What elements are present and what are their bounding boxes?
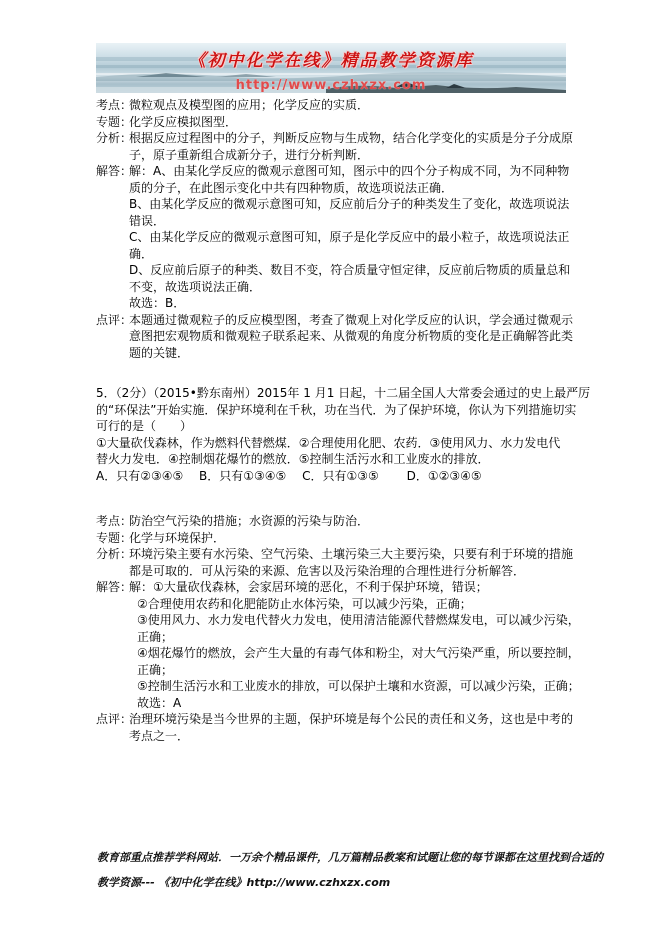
text-line: ④烟花爆竹的燃放，会产生大量的有毒气体和粉尘，对大气污染严重，所以要控制，	[137, 645, 566, 662]
jieda-label: 解答：	[96, 163, 132, 180]
text-line: 正确；	[137, 662, 566, 679]
text-line: D、反应前后原子的种类、数目不变，符合质量守恒定律，反应前后物质的质量总和	[129, 262, 566, 279]
document-page: 《初中化学在线》精品教学资源库 http://www.czhxzx.com 考点…	[0, 0, 661, 935]
question-5-options-line: A．只有②③④⑤ B．只有①③④⑤ C．只有①③⑤ D．①②③④⑤	[96, 468, 566, 485]
q5-explanation: 考点： 防治空气污染的措施；水资源的污染与防治． 专题： 化学与环境保护． 分析…	[96, 513, 566, 744]
text-line: ⑤控制生活污水和工业废水的排放，可以保护土壤和水资源，可以减少污染，正确；	[137, 678, 566, 695]
question-5-item-line: 替火力发电．④控制烟花爆竹的燃放．⑤控制生活污水和工业废水的排放．	[96, 451, 566, 468]
text-line: 微粒观点及模型图的应用；化学反应的实质．	[129, 97, 566, 114]
q4-dianping-section: 点评： 本题通过微观粒子的反应模型图，考查了微观上对化学反应的认识，学会通过微观…	[96, 312, 566, 362]
footer-site-link-line[interactable]: 教学资源--- 《初中化学在线》http://www.czhxzx.com	[97, 870, 577, 895]
text-line: 确．	[129, 246, 566, 263]
q5-kaodian-section: 考点： 防治空气污染的措施；水资源的污染与防治．	[96, 513, 566, 530]
q4-explanation: 考点： 微粒观点及模型图的应用；化学反应的实质． 专题： 化学反应模拟图型． 分…	[96, 97, 566, 361]
answer-choice-line: 故选：B．	[129, 295, 566, 312]
text-line: B、由某化学反应的微观示意图可知，反应前后分子的种类发生了变化，故选项说法	[129, 196, 566, 213]
kaodian-label: 考点：	[96, 97, 132, 114]
q5-jieda-section: 解答： 解：①大量砍伐森林，会家居环境的恶化，不利于保护环境，错误； ②合理使用…	[96, 579, 566, 711]
text-line: 防治空气污染的措施；水资源的污染与防治．	[129, 513, 566, 530]
text-line: 正确；	[137, 629, 566, 646]
dianping-label: 点评：	[96, 711, 132, 728]
question-5-stem-line: 5．（2分）（2015•黔东南州）2015年 1 月1 日起，十二届全国人大常委…	[96, 385, 566, 402]
text-line: 环境污染主要有水污染、空气污染、土壤污染三大主要污染，只要有利于环境的措施	[129, 546, 566, 563]
page-footer: 教育部重点推荐学科网站．一万余个精品课件，几万篇精品教案和试题让您的每节课都在这…	[97, 845, 577, 895]
text-line: 错误．	[129, 213, 566, 230]
text-line: 化学反应模拟图型．	[129, 114, 566, 131]
text-line: 不变，故选项说法正确．	[129, 279, 566, 296]
document-body: 考点： 微粒观点及模型图的应用；化学反应的实质． 专题： 化学反应模拟图型． 分…	[96, 97, 566, 744]
text-line: 化学与环境保护．	[129, 530, 566, 547]
text-line: 质的分子，在此图示变化中共有四种物质，故选项说法正确．	[129, 180, 566, 197]
text-line: 根据反应过程图中的分子，判断反应物与生成物，结合化学变化的实质是分子分成原	[129, 130, 566, 147]
answer-choice-line: 故选：A	[137, 695, 566, 712]
text-line: 题的关键．	[129, 345, 566, 362]
q4-kaodian-section: 考点： 微粒观点及模型图的应用；化学反应的实质．	[96, 97, 566, 114]
text-line: 本题通过微观粒子的反应模型图，考查了微观上对化学反应的认识，学会通过微观示	[129, 312, 566, 329]
text-line: 意图把宏观物质和微观粒子联系起来、从微观的角度分析物质的变化是正确解答此类	[129, 328, 566, 345]
q5-zhuanti-section: 专题： 化学与环境保护．	[96, 530, 566, 547]
q4-zhuanti-section: 专题： 化学反应模拟图型．	[96, 114, 566, 131]
text-line: 治理环境污染是当今世界的主题，保护环境是每个公民的责任和义务，这也是中考的	[129, 711, 566, 728]
site-banner: 《初中化学在线》精品教学资源库 http://www.czhxzx.com	[96, 43, 566, 93]
q5-dianping-section: 点评： 治理环境污染是当今世界的主题，保护环境是每个公民的责任和义务，这也是中考…	[96, 711, 566, 744]
q5-fenxi-section: 分析： 环境污染主要有水污染、空气污染、土壤污染三大主要污染，只要有利于环境的措…	[96, 546, 566, 579]
footer-promo-line: 教育部重点推荐学科网站．一万余个精品课件，几万篇精品教案和试题让您的每节课都在这…	[97, 845, 577, 870]
banner-url-link[interactable]: http://www.czhxzx.com	[96, 78, 566, 93]
zhuanti-label: 专题：	[96, 530, 132, 547]
jieda-label: 解答：	[96, 579, 132, 596]
question-5-item-line: ①大量砍伐森林，作为燃料代替燃煤．②合理使用化肥、农药．③使用风力、水力发电代	[96, 435, 566, 452]
text-line: 都是可取的．可从污染的来源、危害以及污染治理的合理性进行分析解答．	[129, 563, 566, 580]
question-5: 5．（2分）（2015•黔东南州）2015年 1 月1 日起，十二届全国人大常委…	[96, 385, 566, 484]
q4-fenxi-section: 分析： 根据反应过程图中的分子，判断反应物与生成物，结合化学变化的实质是分子分成…	[96, 130, 566, 163]
q4-jieda-section: 解答： 解：A、由某化学反应的微观示意图可知，图示中的四个分子构成不同，为不同种…	[96, 163, 566, 312]
text-line: C、由某化学反应的微观示意图可知，原子是化学反应中的最小粒子，故选项说法正	[129, 229, 566, 246]
text-line: 子，原子重新组合成新分子，进行分析判断．	[129, 147, 566, 164]
question-5-stem-line: 的“环保法”开始实施．保护环境利在千秋，功在当代．为了保护环境，你认为下列措施切…	[96, 402, 566, 419]
text-line: 解：①大量砍伐森林，会家居环境的恶化，不利于保护环境，错误；	[129, 579, 566, 596]
text-line: 考点之一．	[129, 728, 566, 745]
text-line: ③使用风力、水力发电代替火力发电，使用清洁能源代替燃煤发电，可以减少污染，	[137, 612, 566, 629]
kaodian-label: 考点：	[96, 513, 132, 530]
fenxi-label: 分析：	[96, 546, 132, 563]
question-5-stem-line: 可行的是（ ）	[96, 418, 566, 435]
zhuanti-label: 专题：	[96, 114, 132, 131]
text-line: ②合理使用农药和化肥能防止水体污染，可以减少污染，正确；	[137, 596, 566, 613]
dianping-label: 点评：	[96, 312, 132, 329]
banner-title: 《初中化学在线》精品教学资源库	[96, 46, 566, 71]
fenxi-label: 分析：	[96, 130, 132, 147]
text-line: 解：A、由某化学反应的微观示意图可知，图示中的四个分子构成不同，为不同种物	[129, 163, 566, 180]
